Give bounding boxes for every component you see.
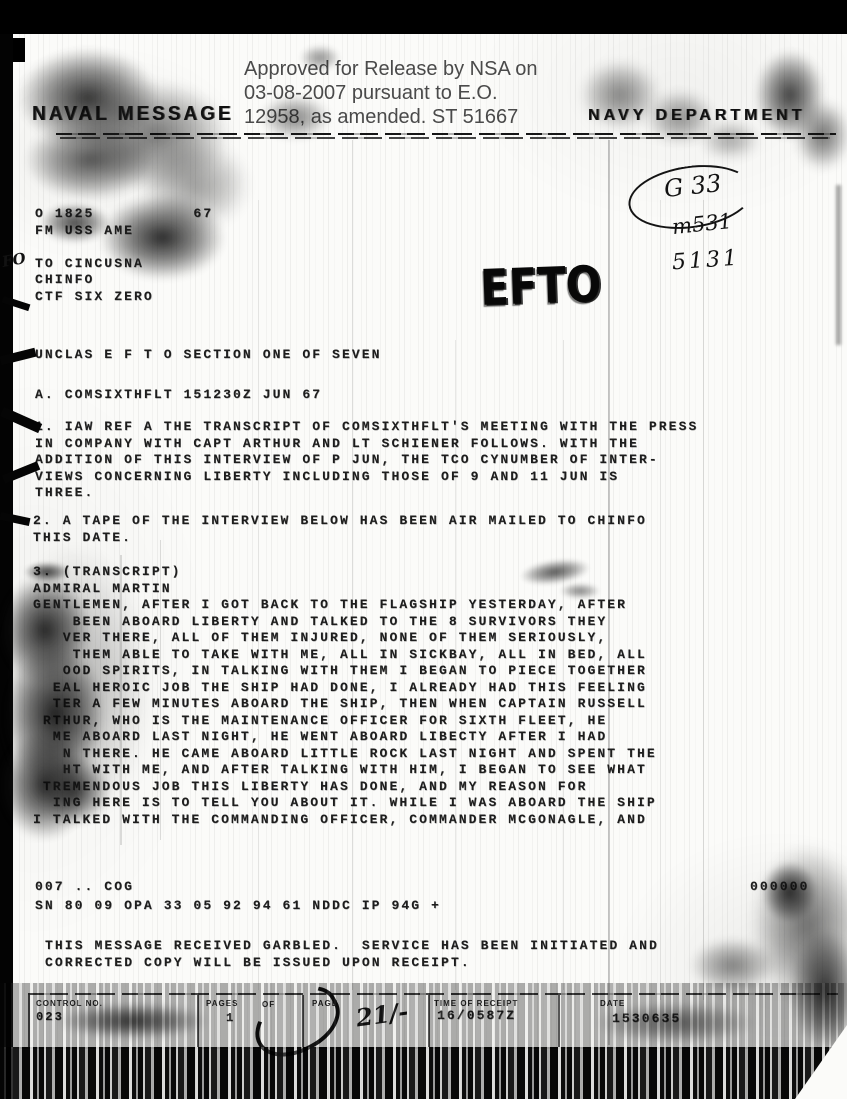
footer-page-count: 000000 [750,879,809,896]
left-edge-bar [0,34,13,1099]
release-stamp: Approved for Release by NSA on 03-08-200… [244,57,538,129]
masthead-rule-1 [56,133,836,135]
form-control-value: 023 [36,1009,64,1026]
body-paragraph-2: 2. A TAPE OF THE INTERVIEW BELOW HAS BEE… [33,513,647,546]
redaction-bar-top [0,0,847,34]
form-pages-value: 1 [226,1010,235,1027]
fold-line [836,185,841,345]
handwritten-page-note: 21/- [354,997,410,1033]
form-date-label: DATE [600,999,625,1008]
footer-cog-line: 007 .. COG [35,879,134,896]
toner-smudge [80,80,230,190]
footer-serial-line: SN 80 09 OPA 33 05 92 94 61 NDDC IP 94G … [35,898,441,915]
efto-stamp: EFTO [479,256,602,317]
form-pages-label: PAGES [206,999,238,1008]
toner-smudge [700,120,760,160]
corner-wedge [795,1025,847,1099]
bottom-toner-band [0,1047,847,1099]
toner-smudge [752,845,847,1005]
form-divider [28,995,30,1047]
naval-message-title: NAVAL MESSAGE [32,103,234,126]
form-top-rule [28,993,838,995]
masthead-rule-2 [60,137,830,139]
reference-line: A. COMSIXTHFLT 151230Z JUN 67 [35,387,322,404]
handwritten-m531: m531 [671,209,733,239]
form-control-label: CONTROL NO. [36,999,103,1008]
handwritten-g33: G 33 [663,169,723,203]
navy-department-title: NAVY DEPARTMENT [588,107,805,125]
scanned-naval-message-page: Approved for Release by NSA on 03-08-200… [0,0,847,1099]
toner-smudge [25,120,155,200]
fold-line [660,200,661,1000]
classification-line: UNCLAS E F T O SECTION ONE OF SEVEN [35,347,382,364]
toner-smudge [790,930,847,1050]
body-paragraph-1: 1. IAW REF A THE TRANSCRIPT OF COMSIXTHF… [35,419,698,502]
form-divider [558,995,560,1047]
form-tor-value: 16/0587Z [437,1008,516,1025]
toner-smudge [755,50,825,140]
routing-header-text: O 1825 67 FM USS AME TO CINCUSNA CHINFO … [35,206,213,305]
form-date-value: 1530635 [612,1011,681,1028]
fold-line [703,200,704,1000]
form-tor-label: TIME OF RECEIPT [434,999,518,1008]
control-scribble [243,974,351,1069]
toner-smudge [58,1003,208,1039]
form-divider [197,995,199,1047]
body-transcript: 3. (TRANSCRIPT) ADMIRAL MARTIN GENTLEMEN… [33,564,657,828]
form-divider [428,995,430,1047]
handwritten-5131: 5131 [671,246,741,276]
garbled-notice: THIS MESSAGE RECEIVED GARBLED. SERVICE H… [45,938,659,971]
handwritten-fo: FO [1,249,27,271]
